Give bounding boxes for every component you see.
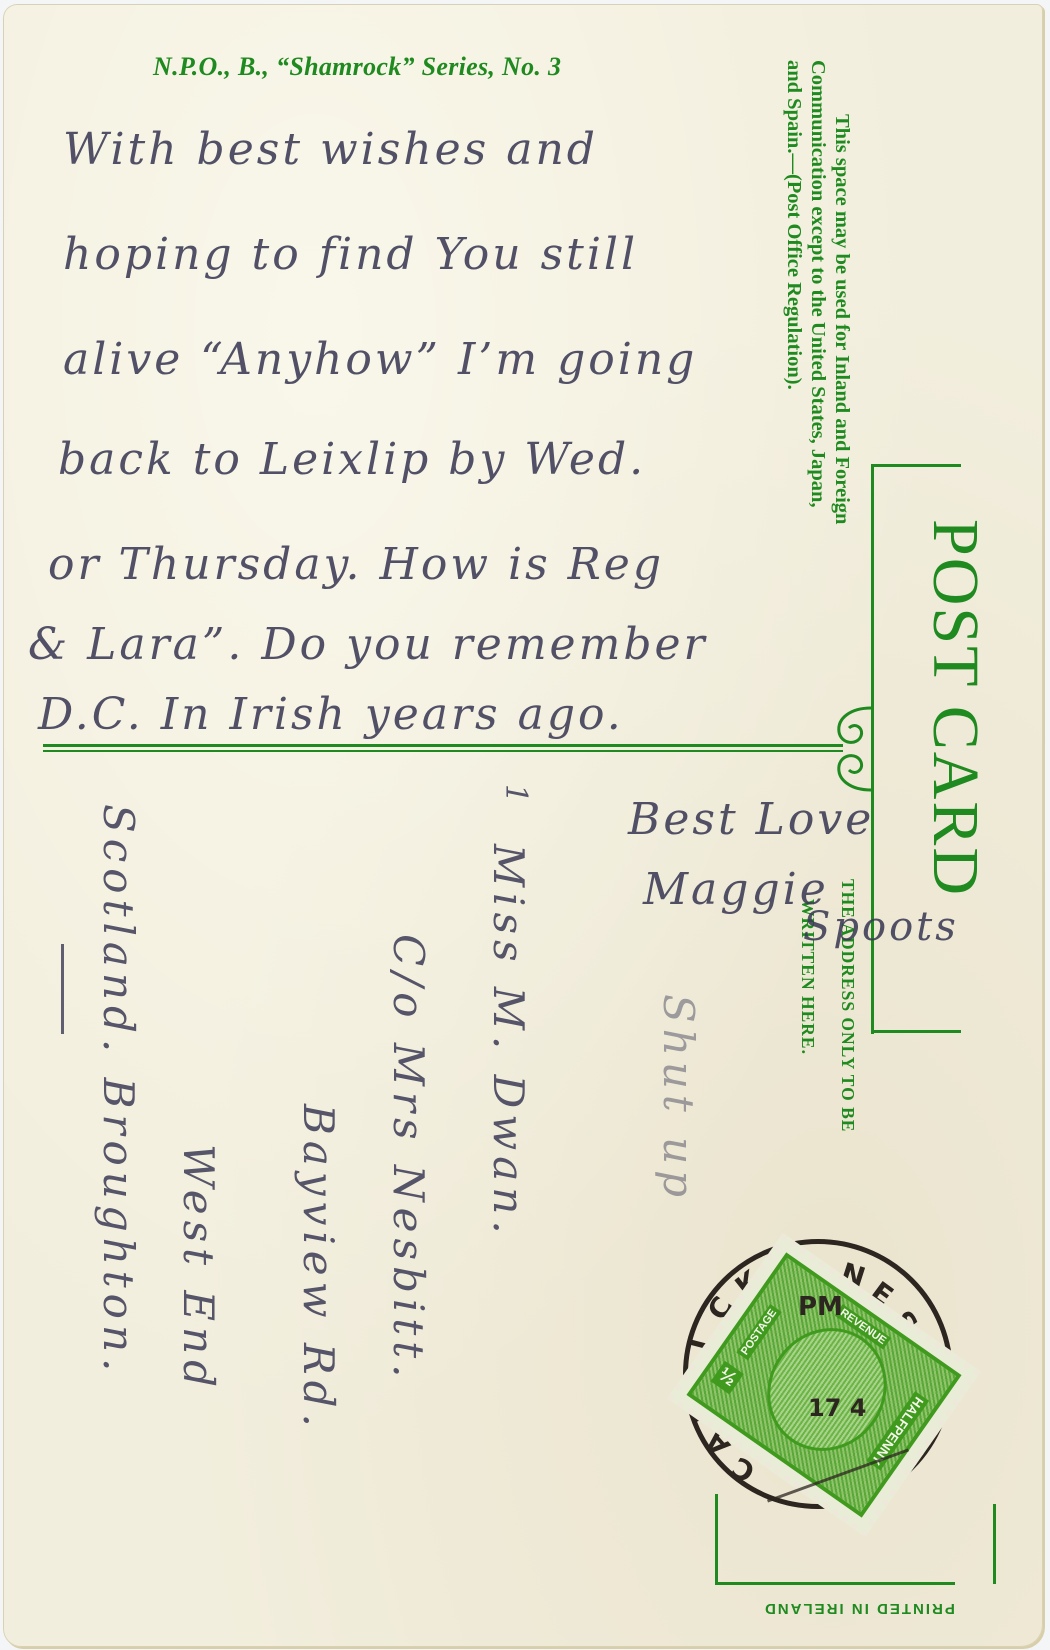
message-line-4: back to Leixlip by Wed. (58, 434, 646, 485)
signoff-line-1: Best Love (628, 794, 874, 845)
title-frame-top (871, 464, 961, 467)
stamp-postage-label: POSTAGE (736, 1304, 781, 1360)
title-frame-bottom (871, 1030, 961, 1033)
message-line-1: With best wishes and (63, 124, 598, 175)
stamp-box-right (993, 1504, 996, 1584)
underline-stroke (61, 944, 64, 1034)
postcard-back: N.P.O., B., “Shamrock” Series, No. 3 Thi… (3, 4, 1043, 1647)
postcard-title: POST CARD (917, 519, 993, 897)
signoff-line-2: Maggie (643, 864, 829, 915)
postmark-date: 17 4 (808, 1394, 866, 1422)
message-line-5: or Thursday. How is Reg (48, 539, 664, 590)
divider-rule (43, 744, 843, 747)
message-line-2: hoping to find You still (63, 229, 638, 280)
postmark-time: PM (798, 1292, 843, 1322)
address-line-1: Miss M. Dwan. (484, 844, 533, 1240)
series-heading: N.P.O., B., “Shamrock” Series, No. 3 (153, 52, 561, 82)
address-line-2: C/o Mrs Nesbitt. (384, 934, 433, 1384)
scrawl-text: Shut up (654, 994, 703, 1203)
stamp-box-bottom (715, 1582, 955, 1585)
address-numeral: 1 (498, 784, 533, 809)
scroll-ornament-icon (831, 704, 877, 794)
address-line-5: Scotland. Broughton. (94, 804, 143, 1377)
stamp-box-left (715, 1494, 718, 1584)
printed-in-ireland: PRINTED IN IRELAND (763, 1600, 955, 1617)
message-notice-line-3: and Spain.—(Post Office Regulation). (782, 60, 805, 390)
message-line-6: & Lara”. Do you remember (28, 619, 708, 670)
address-line-4: West End (174, 1144, 223, 1393)
message-notice-line-2: Communication except to the United State… (806, 60, 829, 508)
divider-rule-double (43, 750, 843, 752)
message-line-7: D.C. In Irish years ago. (38, 689, 624, 740)
address-line-3: Bayview Rd. (294, 1104, 343, 1433)
stamp-value: ½ (711, 1361, 744, 1394)
message-line-3: alive “Anyhow” I’m going (63, 334, 697, 385)
signoff-line-3: Spoots (803, 904, 959, 950)
message-notice-line-1: This space may be used for Inland and Fo… (830, 114, 853, 524)
